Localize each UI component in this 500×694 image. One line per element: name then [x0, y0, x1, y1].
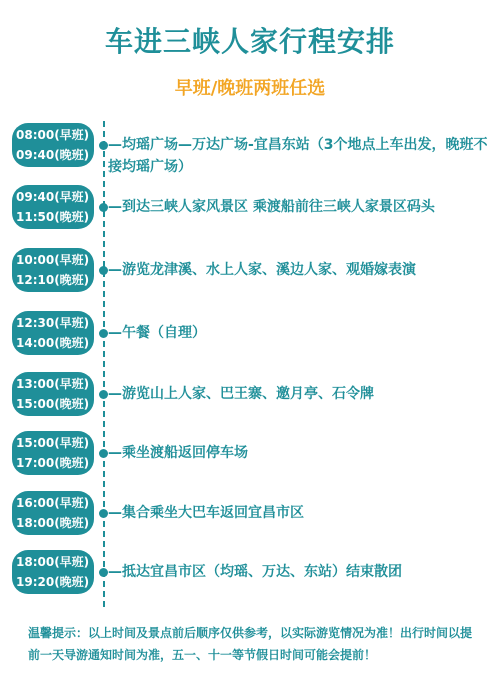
- timeline-dot-icon: [99, 266, 108, 275]
- late-time: 14:00(晚班): [16, 333, 94, 353]
- late-time: 19:20(晚班): [16, 572, 94, 592]
- early-time: 18:00(早班): [16, 552, 94, 572]
- early-time: 08:00(早班): [16, 125, 94, 145]
- schedule-description: —集合乘坐大巴车返回宜昌市区: [108, 502, 488, 524]
- late-time: 17:00(晚班): [16, 453, 94, 473]
- late-time: 09:40(晚班): [16, 145, 94, 165]
- time-badge: 10:00(早班) 12:10(晚班): [12, 248, 94, 292]
- schedule-description: —均瑶广场—万达广场-宜昌东站（3个地点上车出发，晚班不接均瑶广场）: [108, 134, 488, 178]
- time-badge: 15:00(早班) 17:00(晚班): [12, 431, 94, 475]
- time-badge: 13:00(早班) 15:00(晚班): [12, 372, 94, 416]
- timeline-dot-icon: [99, 509, 108, 518]
- schedule-description: —游览山上人家、巴王寨、邀月亭、石令牌: [108, 383, 488, 405]
- time-badge: 18:00(早班) 19:20(晚班): [12, 550, 94, 594]
- schedule-description: —乘坐渡船返回停车场: [108, 442, 488, 464]
- early-time: 13:00(早班): [16, 374, 94, 394]
- schedule-description: —游览龙津溪、水上人家、溪边人家、观婚嫁表演: [108, 259, 488, 281]
- time-badge: 09:40(早班) 11:50(晚班): [12, 185, 94, 229]
- timeline-dot-icon: [99, 203, 108, 212]
- timeline-line: [103, 121, 105, 607]
- late-time: 15:00(晚班): [16, 394, 94, 414]
- early-time: 15:00(早班): [16, 433, 94, 453]
- schedule-description: —午餐（自理）: [108, 322, 488, 344]
- early-time: 10:00(早班): [16, 250, 94, 270]
- late-time: 12:10(晚班): [16, 270, 94, 290]
- timeline-dot-icon: [99, 568, 108, 577]
- time-badge: 08:00(早班) 09:40(晚班): [12, 123, 94, 167]
- page-title: 车进三峡人家行程安排: [0, 20, 500, 60]
- schedule-description: —抵达宜昌市区（均瑶、万达、东站）结束散团: [108, 561, 488, 583]
- page-subtitle: 早班/晚班两班任选: [0, 74, 500, 100]
- time-badge: 12:30(早班) 14:00(晚班): [12, 311, 94, 355]
- late-time: 18:00(晚班): [16, 513, 94, 533]
- early-time: 09:40(早班): [16, 187, 94, 207]
- early-time: 12:30(早班): [16, 313, 94, 333]
- reminder-note: 温馨提示：以上时间及景点前后顺序仅供参考，以实际游览情况为准！出行时间以提前一天…: [28, 622, 478, 666]
- late-time: 11:50(晚班): [16, 207, 94, 227]
- schedule-description: —到达三峡人家风景区 乘渡船前往三峡人家景区码头: [108, 196, 488, 218]
- timeline-dot-icon: [99, 390, 108, 399]
- timeline-dot-icon: [99, 329, 108, 338]
- early-time: 16:00(早班): [16, 493, 94, 513]
- timeline-dot-icon: [99, 449, 108, 458]
- time-badge: 16:00(早班) 18:00(晚班): [12, 491, 94, 535]
- timeline-dot-icon: [99, 141, 108, 150]
